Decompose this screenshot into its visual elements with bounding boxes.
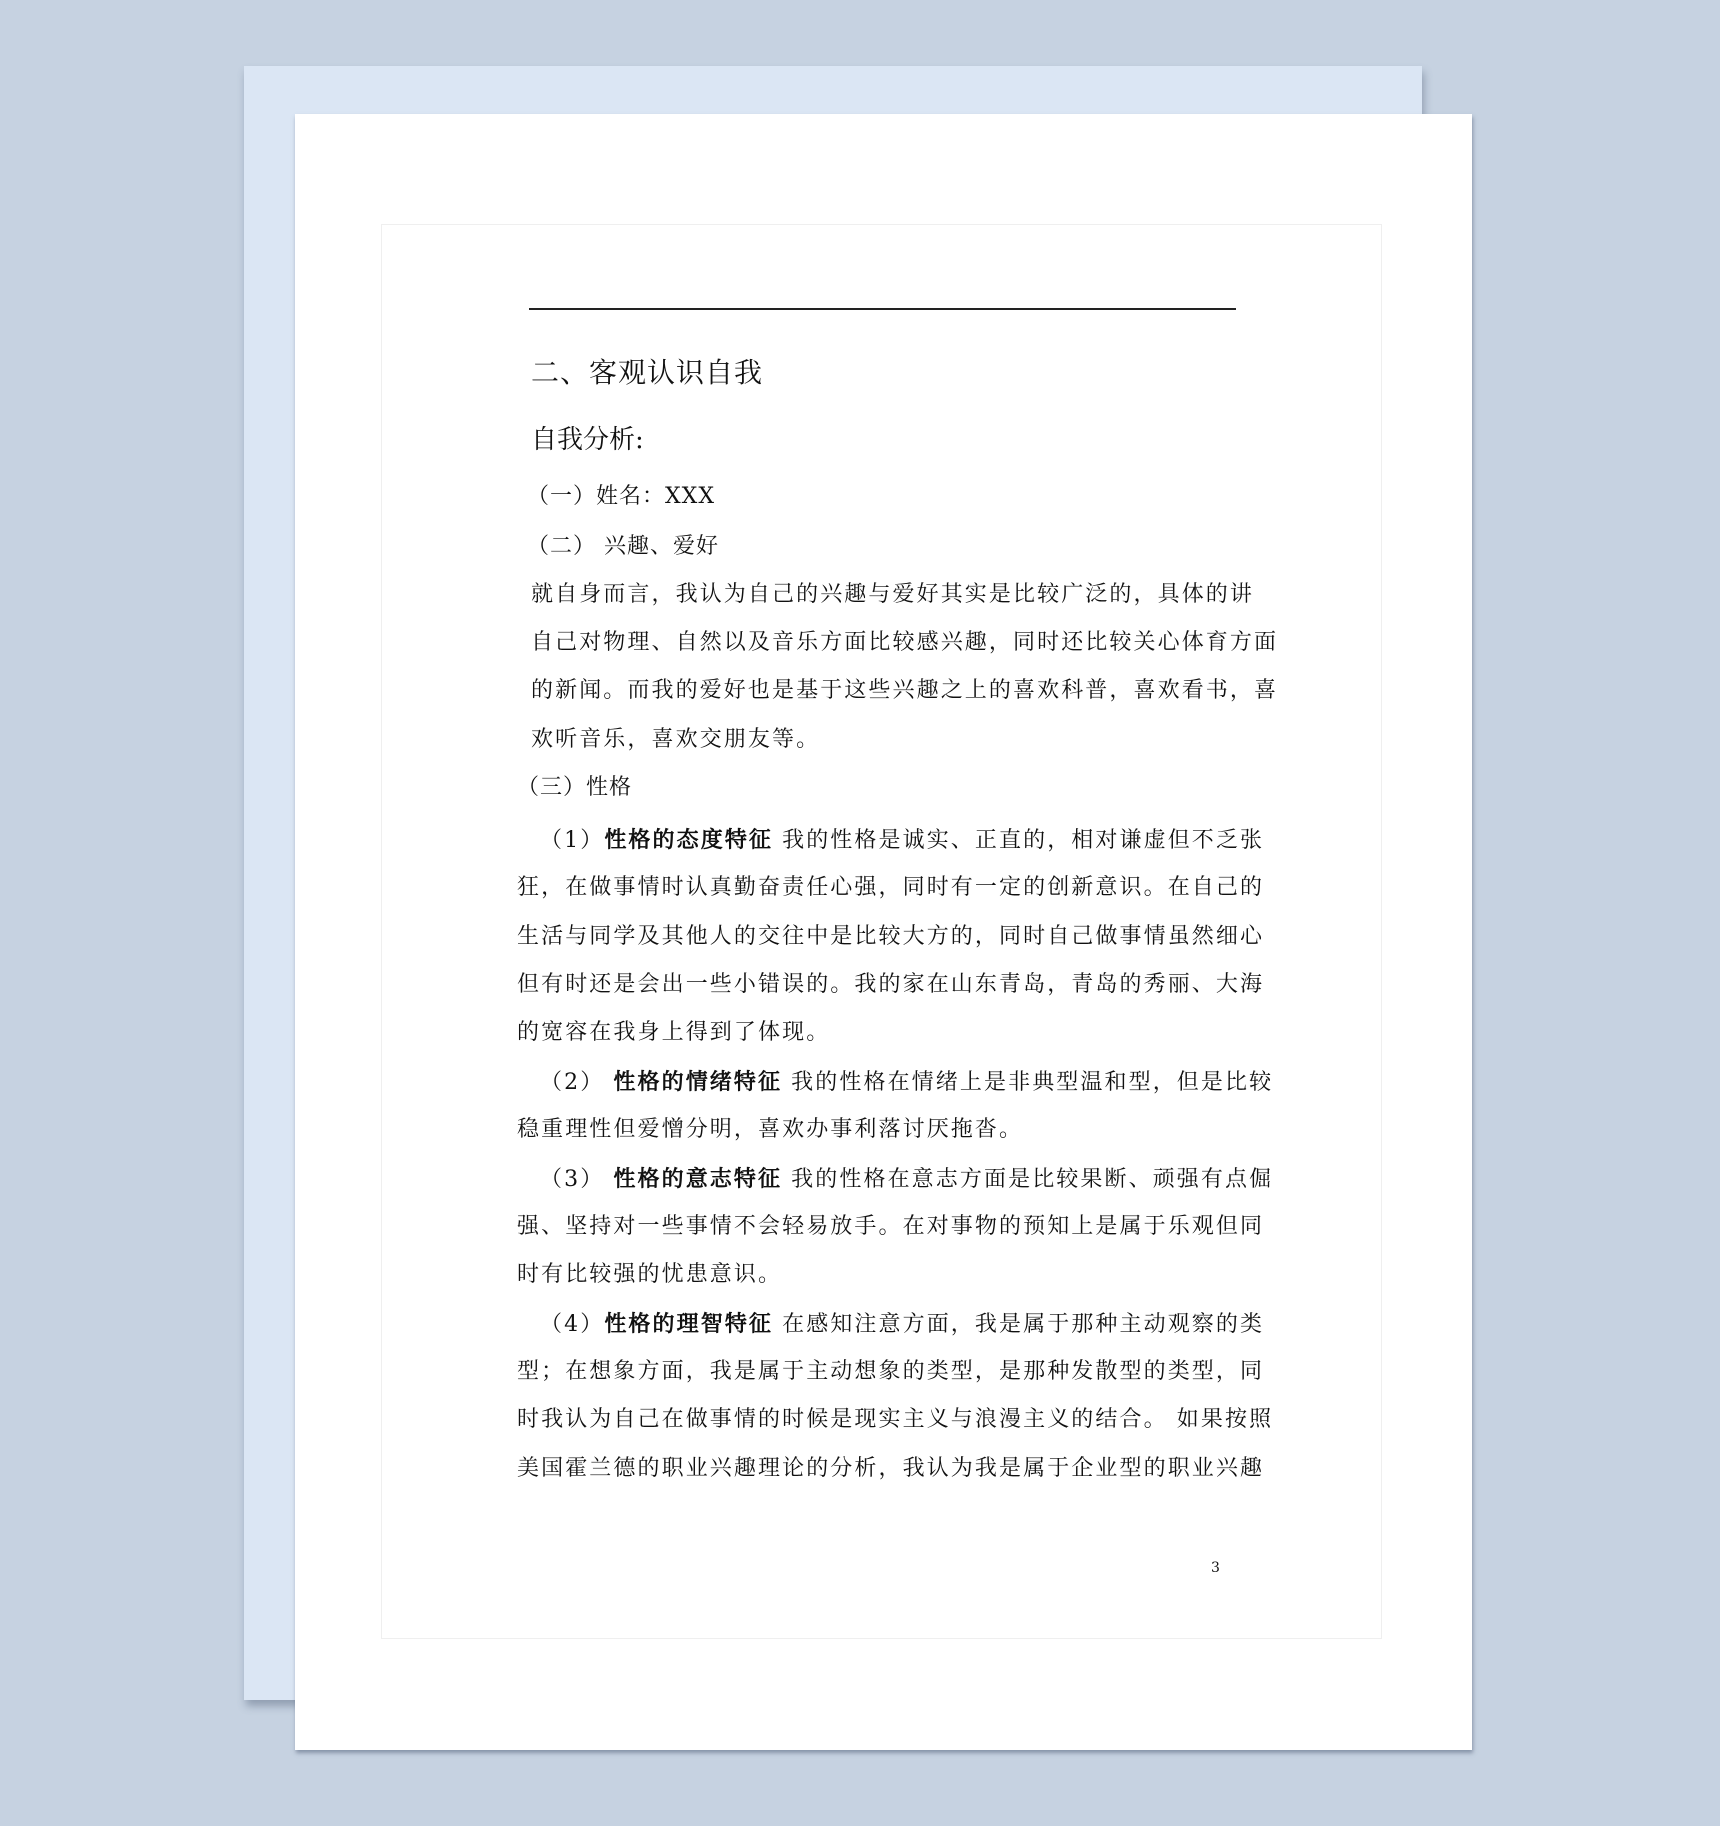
item-interests: （二） 兴趣、爱好	[527, 536, 719, 558]
trait-first-line: （2） 性格的情绪特征 我的性格在情绪上是非典型温和型，但是比较	[540, 1071, 1273, 1094]
paragraph-line: 的宽容在我身上得到了体现。	[517, 1022, 830, 1044]
paragraph-line: 就自身而言，我认为自己的兴趣与爱好其实是比较广泛的，具体的讲	[531, 584, 1254, 606]
paragraph-line: 欢听音乐，喜欢交朋友等。	[531, 729, 820, 751]
trait-number: （1）	[540, 828, 604, 853]
paragraph-line: 自己对物理、自然以及音乐方面比较感兴趣，同时还比较关心体育方面	[531, 632, 1278, 654]
paragraph-line: 强、坚持对一些事情不会轻易放手。在对事物的预知上是属于乐观但同	[517, 1216, 1264, 1238]
page-number: 3	[1211, 1561, 1220, 1575]
trait-text: 在感知注意方面，我是属于那种主动观察的类	[773, 1312, 1264, 1337]
paragraph-line: 时我认为自己在做事情的时候是现实主义与浪漫主义的结合。 如果按照	[517, 1409, 1273, 1431]
item-name-value: XXX	[665, 484, 715, 509]
trait-number: （4）	[540, 1312, 604, 1337]
paragraph-line: 的新闻。而我的爱好也是基于这些兴趣之上的喜欢科普，喜欢看书，喜	[531, 680, 1278, 702]
trait-number: （3）	[540, 1167, 613, 1192]
item-personality: （三）性格	[517, 777, 632, 799]
trait-first-line: （3） 性格的意志特征 我的性格在意志方面是比较果断、顽强有点倔	[540, 1168, 1273, 1191]
paragraph-line: 但有时还是会出一些小错误的。我的家在山东青岛，青岛的秀丽、大海	[517, 974, 1264, 996]
item-name: （一）姓名：XXX	[527, 486, 715, 508]
trait-text: 我的性格在情绪上是非典型温和型，但是比较	[782, 1070, 1273, 1095]
paragraph-line: 稳重理性但爱憎分明，喜欢办事利落讨厌拖沓。	[517, 1119, 1023, 1141]
subtitle: 自我分析:	[531, 427, 644, 453]
paragraph-line: 美国霍兰德的职业兴趣理论的分析，我认为我是属于企业型的职业兴趣	[517, 1458, 1264, 1480]
item-name-label: （一）姓名：	[527, 484, 665, 509]
trait-title: 性格的情绪特征	[613, 1069, 782, 1095]
trait-first-line: （4）性格的理智特征 在感知注意方面，我是属于那种主动观察的类	[540, 1313, 1264, 1336]
trait-number: （2）	[540, 1070, 613, 1095]
section-title: 二、客观认识自我	[531, 359, 763, 387]
trait-text: 我的性格是诚实、正直的，相对谦虚但不乏张	[773, 828, 1264, 853]
paragraph-line: 时有比较强的忧患意识。	[517, 1264, 782, 1286]
paragraph-line: 生活与同学及其他人的交往中是比较大方的，同时自己做事情虽然细心	[517, 926, 1264, 948]
trait-text: 我的性格在意志方面是比较果断、顽强有点倔	[782, 1167, 1273, 1192]
header-rule	[529, 308, 1236, 310]
trait-title: 性格的态度特征	[604, 827, 773, 853]
paragraph-line: 狂，在做事情时认真勤奋责任心强，同时有一定的创新意识。在自己的	[517, 877, 1264, 899]
trait-title: 性格的意志特征	[613, 1166, 782, 1192]
trait-title: 性格的理智特征	[604, 1311, 773, 1337]
paragraph-line: 型；在想象方面，我是属于主动想象的类型，是那种发散型的类型，同	[517, 1361, 1264, 1383]
trait-first-line: （1）性格的态度特征 我的性格是诚实、正直的，相对谦虚但不乏张	[540, 829, 1264, 852]
